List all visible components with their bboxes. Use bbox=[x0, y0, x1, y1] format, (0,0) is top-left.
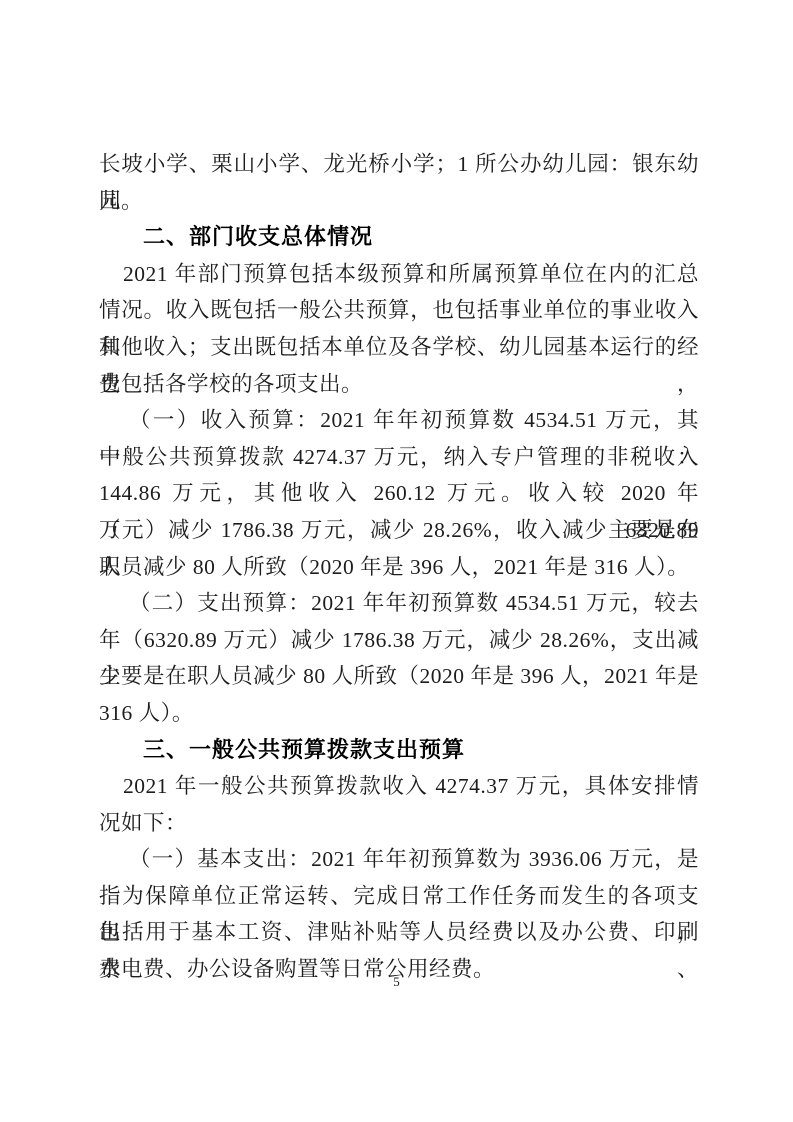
text-line: 其他收入；支出既包括本单位及各学校、幼儿园基本运行的经费， bbox=[99, 329, 699, 366]
text-line: （二）支出预算：2021 年年初预算数 4534.51 万元，较去 bbox=[99, 585, 699, 622]
text-line: 人员减少 80 人所致（2020 年是 396 人，2021 年是 316 人）… bbox=[99, 549, 699, 586]
text-line: 包括用于基本工资、津贴补贴等人员经费以及办公费、印刷费、 bbox=[99, 914, 699, 951]
section-heading-3: 三、一般公共预算拨款支出预算 bbox=[99, 732, 699, 769]
text-line: 2021 年一般公共预算拨款收入 4274.37 万元，具体安排情 bbox=[99, 768, 699, 805]
text-line: 144.86 万元，其他收入 260.12 万元。收入较 2020 年（6320… bbox=[99, 475, 699, 512]
document-page: 长坡小学、栗山小学、龙光桥小学；1 所公办幼儿园：银东幼儿 园。 二、部门收支总… bbox=[0, 0, 793, 1122]
text-line: 年（6320.89 万元）减少 1786.38 万元，减少 28.26%，支出减… bbox=[99, 622, 699, 659]
page-number: 5 bbox=[0, 974, 793, 990]
text-line: 指为保障单位正常运转、完成日常工作任务而发生的各项支出， bbox=[99, 878, 699, 915]
section-heading-2: 二、部门收支总体情况 bbox=[99, 219, 699, 256]
text-line: 2021 年部门预算包括本级预算和所属预算单位在内的汇总 bbox=[99, 256, 699, 293]
text-line: 一般公共预算拨款 4274.37 万元，纳入专户管理的非税收入 bbox=[99, 439, 699, 476]
text-line: 316 人）。 bbox=[99, 695, 699, 732]
text-line: 万元）减少 1786.38 万元，减少 28.26%，收入减少主要是在职 bbox=[99, 512, 699, 549]
document-text-block: 长坡小学、栗山小学、龙光桥小学；1 所公办幼儿园：银东幼儿 园。 二、部门收支总… bbox=[99, 146, 699, 988]
text-line: 主要是在职人员减少 80 人所致（2020 年是 396 人，2021 年是 bbox=[99, 658, 699, 695]
text-line: （一）收入预算：2021 年年初预算数 4534.51 万元，其中： bbox=[99, 402, 699, 439]
text-line: 长坡小学、栗山小学、龙光桥小学；1 所公办幼儿园：银东幼儿 bbox=[99, 146, 699, 183]
text-line: （一）基本支出：2021 年年初预算数为 3936.06 万元，是 bbox=[99, 841, 699, 878]
text-line: 情况。收入既包括一般公共预算，也包括事业单位的事业收入和 bbox=[99, 292, 699, 329]
text-line: 况如下： bbox=[99, 805, 699, 842]
text-line: 园。 bbox=[99, 183, 699, 220]
